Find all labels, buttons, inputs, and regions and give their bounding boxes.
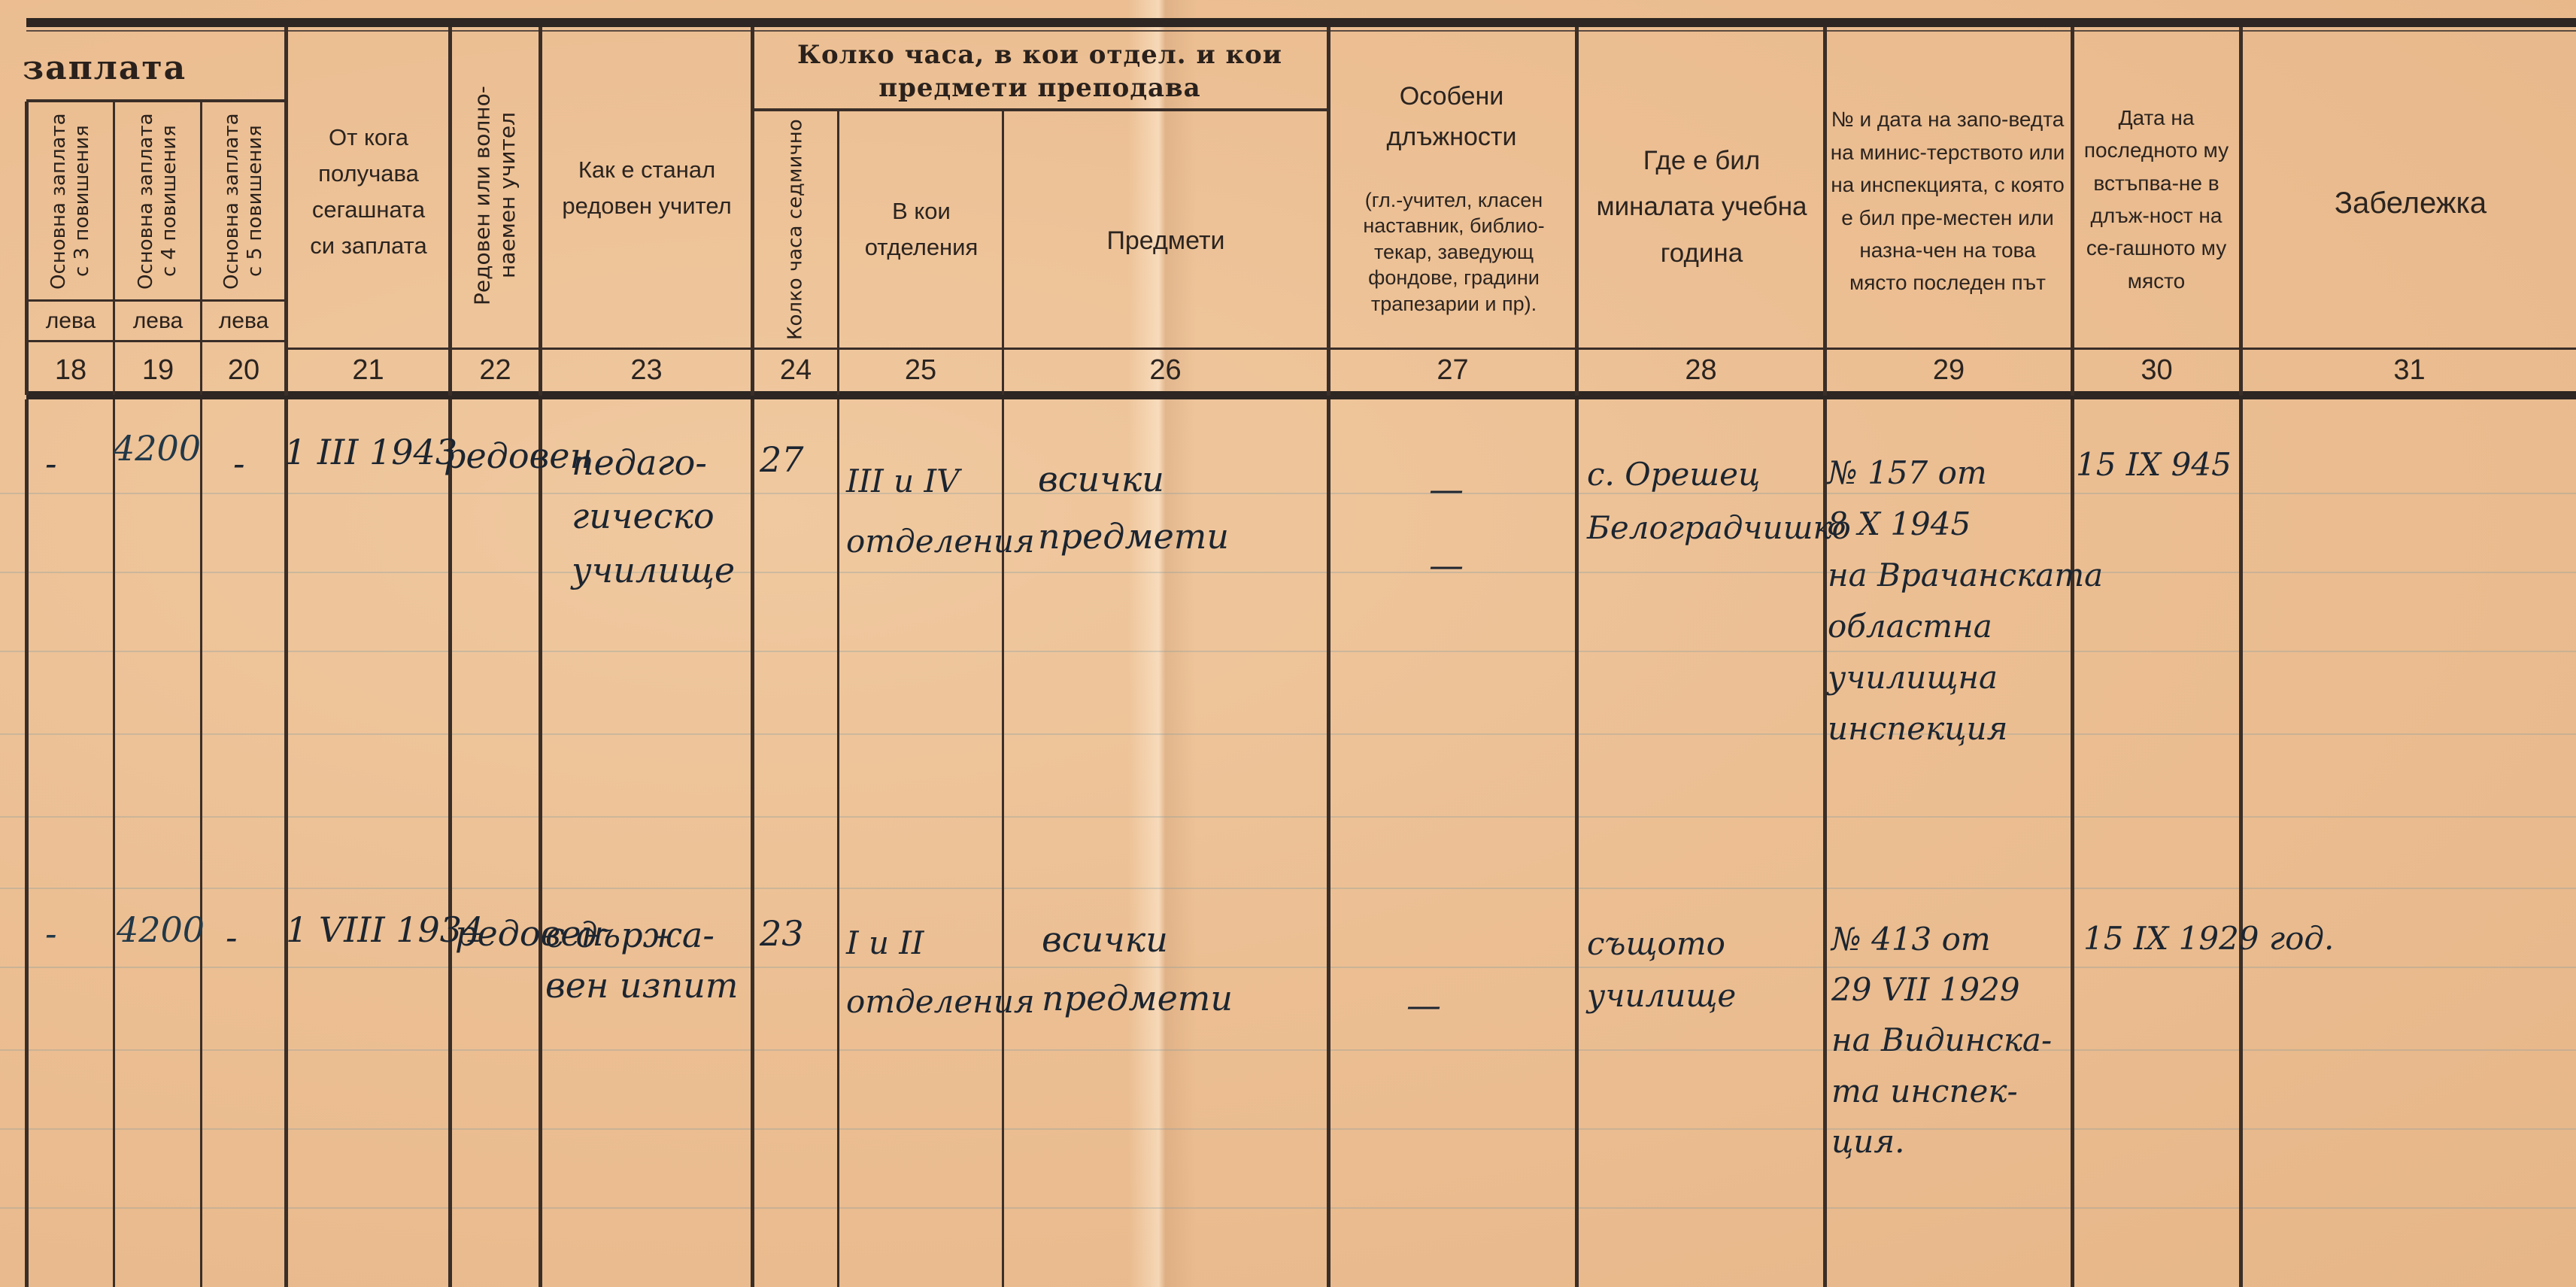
row2-col23: с държа- вен изпит (545, 910, 739, 1010)
unit-rule (26, 299, 286, 302)
row1-col28: с. Орешец Белоградчишко (1587, 448, 1851, 555)
column-divider (539, 399, 542, 1287)
col-18-unit: лева (29, 302, 113, 340)
col-number: 18 (29, 350, 113, 391)
col-number: 20 (203, 350, 284, 391)
col-31-label: Забележка (2245, 165, 2576, 241)
ruled-line (0, 733, 2576, 735)
row1-col24: 27 (760, 436, 804, 483)
column-divider (1327, 399, 1330, 1287)
salary-group-rule (26, 99, 286, 102)
row2-col27: — (1406, 982, 1441, 1028)
row1-col20: - (233, 440, 245, 487)
column-divider (751, 399, 754, 1287)
header-top-thin-rule (26, 30, 2576, 32)
col-20-label: Основна заплата с 5 повишения (203, 105, 284, 297)
col-27-note: (гл.-учител, класен наставник, библио-те… (1337, 177, 1570, 327)
col-number: 28 (1579, 350, 1823, 391)
col-20-unit: лева (203, 302, 284, 340)
col-26-label: Предмети (1008, 203, 1324, 278)
column-divider (1575, 27, 1579, 396)
column-divider (448, 399, 452, 1287)
col-30-label: Дата на последното му встъпва-не в длъж-… (2077, 79, 2235, 320)
row2-col29: № 413 от 29 VII 1929 на Видинска- та инс… (1831, 914, 2052, 1167)
row2-col26: всички предмети (1042, 910, 1233, 1027)
column-divider (284, 399, 288, 1287)
ruled-line (0, 651, 2576, 652)
column-divider (1823, 27, 1827, 396)
column-divider (113, 399, 115, 1287)
column-divider (2239, 27, 2243, 396)
row1-col29: № 157 от 8 X 1945 на Врачанската областн… (1828, 448, 2103, 754)
ruled-line (0, 493, 2576, 494)
row1-col22: редовен (444, 433, 593, 479)
col-number: 23 (542, 350, 751, 391)
column-divider (1575, 399, 1579, 1287)
ruled-line (0, 572, 2576, 573)
row1-col19: 4200 (113, 425, 201, 472)
row2-col25: I и II отделения (846, 914, 1035, 1031)
header-top-rule (26, 18, 2576, 27)
col-22-label: Редовен или волно-наемен учител (451, 45, 539, 346)
ruled-line (0, 1207, 2576, 1209)
col-number: 26 (1004, 350, 1327, 391)
col-19-label: Основна заплата с 4 повишения (116, 105, 200, 297)
row2-col19: 4200 (117, 906, 205, 953)
ruled-line (0, 1128, 2576, 1130)
row1-col18: - (45, 440, 57, 487)
col-19-unit: лева (116, 302, 200, 340)
col-number: 30 (2074, 350, 2239, 391)
ruled-line (0, 1049, 2576, 1051)
ruled-line (0, 967, 2576, 968)
column-divider (113, 102, 115, 395)
row1-col27: — — (1429, 451, 1464, 603)
row2-col24: 23 (760, 910, 804, 957)
col-28-label: Где е бил миналата учебна година (1583, 120, 1820, 293)
number-rule (26, 340, 286, 342)
col-18-label: Основна заплата с 3 повишения (29, 105, 113, 297)
ruled-line (0, 888, 2576, 889)
ruled-line (0, 816, 2576, 818)
row2-col21: 1 VIII 1934 (286, 906, 484, 953)
col-27-title: Особени длъжности (1331, 75, 1572, 158)
col-number: 31 (2243, 350, 2576, 391)
header-bottom-rule (26, 391, 2576, 399)
column-divider (2071, 27, 2074, 396)
col-number: 19 (116, 350, 200, 391)
col-21-label: От кога получава сегашната си заплата (297, 68, 440, 316)
row1-col30: 15 IX 945 (2076, 444, 2232, 487)
hours-group-title: Колко часа, в кои отдел. и кои предмети … (752, 34, 1327, 109)
col-number: 25 (839, 350, 1002, 391)
column-divider (200, 399, 202, 1287)
column-divider (837, 399, 839, 1287)
column-divider (25, 399, 29, 1287)
col-23-label: Как е станал редовен учител (560, 90, 733, 286)
col-number: 22 (452, 350, 539, 391)
col-number: 29 (1827, 350, 2071, 391)
row1-col26: всички предмети (1038, 451, 1229, 566)
col-24-label: Колко часа седмично (754, 113, 837, 346)
row1-col21: 1 III 1943 (284, 429, 457, 475)
row2-col28: същото училище (1587, 918, 1736, 1022)
col-29-label: № и дата на запо-ведта на минис-терствот… (1829, 64, 2066, 338)
salary-group-title: заплата (23, 38, 263, 98)
column-divider (2239, 399, 2243, 1287)
row2-col18: - (45, 910, 57, 957)
row1-col25: III и IV отделения (846, 451, 1035, 572)
col-25-label: В кои отделения (846, 173, 997, 286)
paper-fold-crease (1128, 0, 1196, 1287)
col-number: 24 (754, 350, 837, 391)
row2-col30: 15 IX 1929 год. (2083, 918, 2334, 961)
col-number: 27 (1330, 350, 1575, 391)
col-number: 21 (288, 350, 448, 391)
column-divider (539, 27, 542, 396)
column-divider (200, 102, 202, 395)
row1-col23: педаго- гическо училище (572, 436, 735, 597)
row2-col20: - (226, 914, 238, 961)
